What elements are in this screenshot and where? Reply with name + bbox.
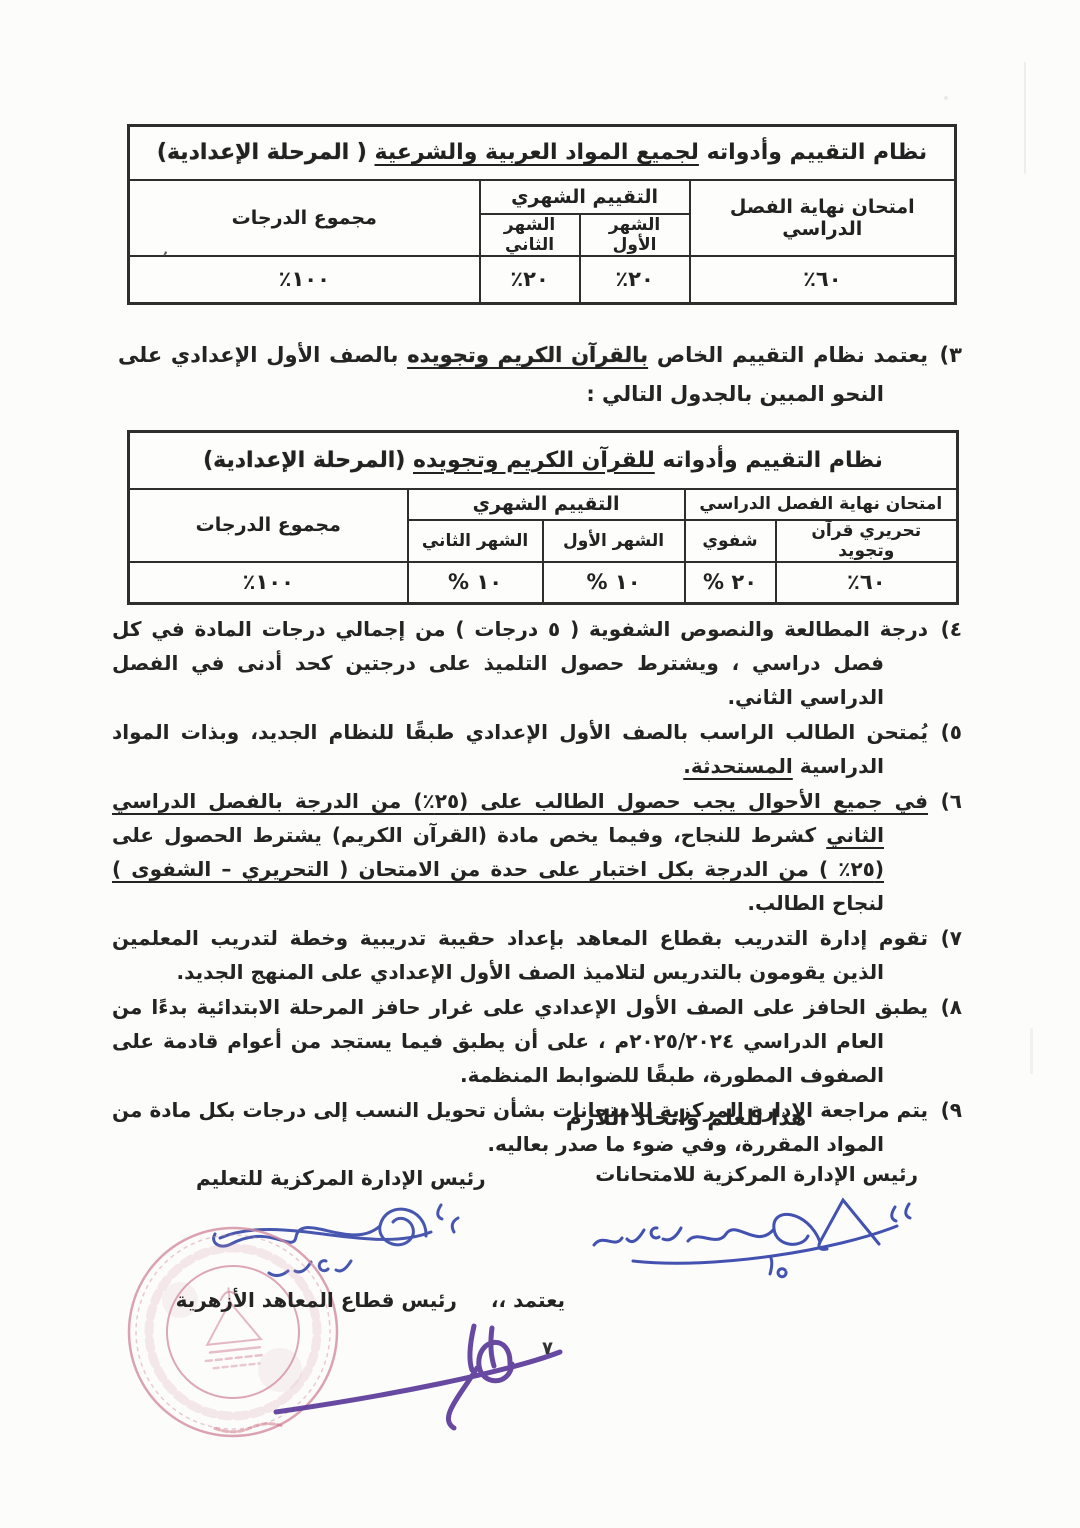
item-number: ٦)	[928, 784, 962, 818]
t2-header-month2: الشهر الثاني	[408, 520, 543, 562]
table-row: نظام التقييم وأدواته للقرآن الكريم وتجوي…	[129, 432, 958, 489]
t1-header-total: مجموع الدرجات	[129, 180, 480, 256]
t2-value-written: ٦٠٪	[776, 562, 958, 604]
paragraph-item-4: ٤)درجة المطالعة والنصوص الشفوية ( ٥ درجا…	[112, 612, 962, 714]
item-number: ٩)	[928, 1093, 962, 1127]
t2-value-month2: ١٠ %	[408, 562, 543, 604]
table2-title-paren: (المرحلة الإعدادية)	[203, 448, 413, 473]
t1-header-monthly: التقييم الشهري	[480, 180, 690, 214]
item-number: ٨)	[928, 990, 962, 1024]
table-row: امتحان نهاية الفصل الدراسي التقييم الشهر…	[129, 180, 956, 214]
t1-value-month2: ٢٠٪	[480, 256, 580, 304]
item7-text: تقوم إدارة التدريب بقطاع المعاهد بإعداد …	[112, 926, 928, 984]
table-row: امتحان نهاية الفصل الدراسي التقييم الشهر…	[129, 489, 958, 520]
item-number: ٤)	[928, 612, 962, 646]
signature-exams-scribble	[575, 1188, 925, 1283]
items-list: ٤)درجة المطالعة والنصوص الشفوية ( ٥ درجا…	[112, 612, 962, 1162]
t2-value-month1: ١٠ %	[543, 562, 685, 604]
t1-value-total: ١٠٠٪	[129, 256, 480, 304]
t1-header-final-exam: امتحان نهاية الفصل الدراسي	[690, 180, 956, 256]
t1-header-month2: الشهر الثاني	[480, 214, 580, 256]
t2-header-oral: شفوي	[685, 520, 776, 562]
item3-emphasis: بالقرآن الكريم وتجويده	[407, 343, 648, 367]
signature-title-education: رئيس الإدارة المركزية للتعليم	[196, 1166, 486, 1190]
item-number: ٣)	[928, 336, 962, 375]
item-number: ٥)	[928, 715, 962, 749]
signature-title-exams: رئيس الإدارة المركزية للامتحانات	[595, 1162, 918, 1186]
paragraph-item-8: ٨)يطبق الحافز على الصف الأول الإعدادي عل…	[112, 990, 962, 1092]
signature-sector-head-scribble	[268, 1300, 568, 1435]
page-number: ٧	[542, 1338, 553, 1359]
table1-title-underlined: لجميع المواد العربية والشرعية	[375, 140, 699, 165]
item6-text: كشرط للنجاح، وفيما يخص مادة (القرآن الكر…	[112, 823, 826, 847]
item5-underlined: المستحدثة.	[683, 754, 793, 778]
t1-value-month1: ٢٠٪	[580, 256, 690, 304]
item3-text: يعتمد نظام التقييم الخاص	[648, 343, 928, 367]
t2-header-final-exam: امتحان نهاية الفصل الدراسي	[685, 489, 958, 520]
table1-title-paren: ( المرحلة الإعدادية)	[157, 140, 375, 165]
t1-value-final: ٦٠٪	[690, 256, 956, 304]
t2-header-total: مجموع الدرجات	[129, 489, 408, 562]
paragraph-item-3: ٣)يعتمد نظام التقييم الخاص بالقرآن الكري…	[118, 336, 962, 414]
table1-title: نظام التقييم وأدواته لجميع المواد العربي…	[129, 126, 956, 180]
document-page: نظام التقييم وأدواته لجميع المواد العربي…	[0, 0, 1080, 1528]
item6-text-end: لنجاح الطالب.	[747, 891, 884, 915]
table1-title-pre: نظام التقييم وأدواته	[699, 140, 927, 165]
table-row: نظام التقييم وأدواته لجميع المواد العربي…	[129, 126, 956, 180]
table-row: ٦٠٪ ٢٠٪ ٢٠٪ ١٠٠٪	[129, 256, 956, 304]
table-row: ٦٠٪ ٢٠ % ١٠ % ١٠ % ١٠٠٪	[129, 562, 958, 604]
item5-text: يُمتحن الطالب الراسب بالصف الأول الإعداد…	[112, 720, 928, 778]
item-number: ٧)	[928, 921, 962, 955]
t2-header-monthly: التقييم الشهري	[408, 489, 685, 520]
item4-text: درجة المطالعة والنصوص الشفوية ( ٥ درجات …	[112, 617, 928, 709]
table2-title-underlined: للقرآن الكريم وتجويده	[413, 448, 655, 473]
t2-header-written: تحريري قرآن وتجويد	[776, 520, 958, 562]
t2-value-total: ١٠٠٪	[129, 562, 408, 604]
closing-statement: هذا للعلم واتخاذ اللازم	[536, 1106, 836, 1131]
paragraph-item-5: ٥)يُمتحن الطالب الراسب بالصف الأول الإعد…	[112, 715, 962, 783]
paragraph-item-7: ٧)تقوم إدارة التدريب بقطاع المعاهد بإعدا…	[112, 921, 962, 989]
item6-underlined-2: (٢٥٪ ) من الدرجة بكل اختبار على حدة من ا…	[112, 857, 884, 881]
scan-streak	[1030, 1028, 1033, 1074]
t1-header-month1: الشهر الأول	[580, 214, 690, 256]
item8-text: يطبق الحافز على الصف الأول الإعدادي على …	[112, 995, 928, 1087]
t2-header-month1: الشهر الأول	[543, 520, 685, 562]
table2-title: نظام التقييم وأدواته للقرآن الكريم وتجوي…	[129, 432, 958, 489]
evaluation-table-general: نظام التقييم وأدواته لجميع المواد العربي…	[127, 124, 957, 305]
table2-title-pre: نظام التقييم وأدواته	[655, 448, 883, 473]
paragraph-item-6: ٦)في جميع الأحوال يجب حصول الطالب على (٢…	[112, 784, 962, 920]
t2-value-oral: ٢٠ %	[685, 562, 776, 604]
scan-streak	[1024, 62, 1026, 174]
evaluation-table-quran: نظام التقييم وأدواته للقرآن الكريم وتجوي…	[127, 430, 959, 605]
scan-dot	[944, 96, 948, 100]
